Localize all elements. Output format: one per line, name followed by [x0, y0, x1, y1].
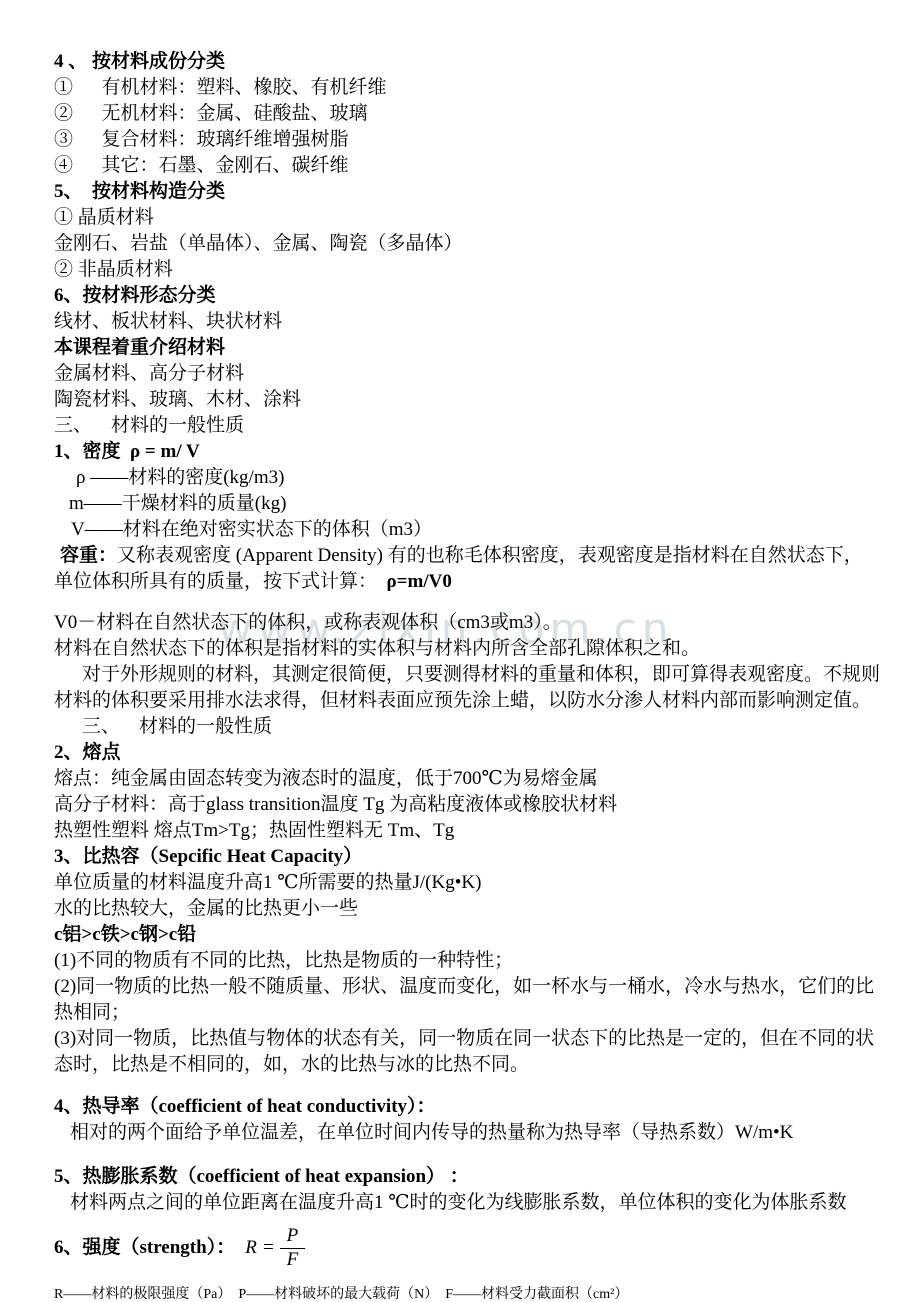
text-line: 材料在自然状态下的体积是指材料的实体积与材料内所含全部孔隙体积之和。 — [54, 636, 890, 662]
text-segment: m——干燥材料的质量(kg) — [69, 493, 286, 514]
text-line: 2、熔点 — [54, 740, 890, 766]
text-line: 水的比热较大，金属的比热更小一些 — [54, 896, 890, 922]
text-line: 材料的体积要采用排水法求得，但材料表面应预先涂上蜡，以防水分渗人材料内部而影响测… — [54, 688, 890, 714]
text-segment: ρ ——材料的密度(kg/m3) — [76, 467, 284, 488]
text-line: 态时，比热是不相同的，如，水的比热与冰的比热不同。 — [54, 1052, 890, 1078]
text-segment: 水的比热较大，金属的比热更小一些 — [54, 898, 358, 919]
text-segment: ② 非晶质材料 — [54, 259, 173, 280]
text-line: V0－材料在自然状态下的体积，或称表观体积（cm3或m3）。 — [54, 610, 890, 636]
text-segment: V0－材料在自然状态下的体积，或称表观体积（cm3或m3）。 — [54, 612, 562, 633]
text-line: 单位质量的材料温度升高1 ℃所需要的热量J/(Kg•K) — [54, 870, 890, 896]
text-line: 3、比热容（Sepcific Heat Capacity） — [54, 844, 890, 870]
text-segment: 4、热导率（coefficient of heat conductivity）： — [54, 1096, 436, 1117]
formula-line: 6、强度（strength）：R=PF — [54, 1220, 890, 1276]
text-line: 5、 按材料构造分类 — [54, 179, 890, 205]
text-segment: 线材、板状材料、块状材料 — [54, 311, 282, 332]
text-segment: 6、强度（strength）： — [54, 1235, 235, 1261]
text-segment: (1)不同的物质有不同的比热，比热是物质的一种特性； — [54, 950, 513, 971]
text-line: (1)不同的物质有不同的比热，比热是物质的一种特性； — [54, 948, 890, 974]
text-segment: ① 有机材料：塑料、橡胶、有机纤维 — [54, 77, 387, 98]
text-segment: ④ 其它：石墨、金刚石、碳纤维 — [54, 155, 349, 176]
text-line: 单位体积所具有的质量，按下式计算： ρ=m/V0 — [54, 569, 890, 595]
text-segment: 1、密度 ρ = m/ V — [54, 441, 200, 462]
text-line: ④ 其它：石墨、金刚石、碳纤维 — [54, 153, 890, 179]
text-line: 熔点：纯金属由固态转变为液态时的温度，低于700℃为易熔金属 — [54, 766, 890, 792]
text-segment: (2)同一物质的比热一般不随质量、形状、温度而变化，如一杯水与一桶水，冷水与热水… — [54, 976, 874, 997]
text-line: ② 非晶质材料 — [54, 257, 890, 283]
text-segment: 材料在自然状态下的体积是指材料的实体积与材料内所含全部孔隙体积之和。 — [54, 638, 700, 659]
text-line: ② 无机材料：金属、硅酸盐、玻璃 — [54, 101, 890, 127]
strength-formula: R=PF — [245, 1226, 305, 1271]
text-segment: 材料两点之间的单位距离在温度升高1 ℃时的变化为线膨胀系数，单位体积的变化为体胀… — [70, 1192, 847, 1213]
text-segment: 容重： — [60, 545, 117, 566]
text-segment: ρ=m/V0 — [387, 571, 452, 592]
text-segment: R——材料的极限强度（Pa） P——材料破坏的最大载荷（N） F——材料受力截面… — [54, 1287, 628, 1302]
formula-equals: = — [262, 1235, 275, 1261]
text-segment: ① 晶质材料 — [54, 207, 154, 228]
text-line: ③ 复合材料：玻璃纤维增强树脂 — [54, 127, 890, 153]
text-line: 5、热膨胀系数（coefficient of heat expansion） ： — [54, 1164, 890, 1190]
text-line: 高分子材料：高于glass transition温度 Tg 为高粘度液体或橡胶状… — [54, 792, 890, 818]
text-line: 本课程着重介绍材料 — [54, 335, 890, 361]
text-line: V——材料在绝对密实状态下的体积（m3） — [54, 517, 890, 543]
text-line: ① 有机材料：塑料、橡胶、有机纤维 — [54, 75, 890, 101]
text-line: 三、 材料的一般性质 — [54, 413, 890, 439]
text-segment: 又称表观密度 (Apparent Density) 有的也称毛体积密度，表观密度… — [117, 545, 863, 566]
text-segment: 2、熔点 — [54, 742, 121, 763]
text-line: 4 、 按材料成份分类 — [54, 49, 890, 75]
text-segment: 6、按材料形态分类 — [54, 285, 216, 306]
text-line: 热相同； — [54, 1000, 890, 1026]
text-line: 4、热导率（coefficient of heat conductivity）： — [54, 1094, 890, 1120]
text-segment: 单位体积所具有的质量，按下式计算： — [54, 571, 387, 592]
text-segment: 4 、 按材料成份分类 — [54, 51, 225, 72]
text-line: 三、 材料的一般性质 — [54, 714, 890, 740]
text-segment: 金刚石、岩盐（单晶体）、金属、陶瓷（多晶体） — [54, 233, 463, 254]
text-line: 线材、板状材料、块状材料 — [54, 309, 890, 335]
text-line: 金刚石、岩盐（单晶体）、金属、陶瓷（多晶体） — [54, 231, 890, 257]
formula-fraction: PF — [280, 1226, 306, 1271]
text-segment: 3、比热容（Sepcific Heat Capacity） — [54, 846, 362, 867]
formula-lhs: R — [245, 1235, 257, 1261]
text-line: R——材料的极限强度（Pa） P——材料破坏的最大载荷（N） F——材料受力截面… — [54, 1282, 890, 1302]
text-segment: 对于外形规则的材料，其测定很简便，只要测得材料的重量和体积，即可算得表观密度。不… — [82, 664, 880, 685]
text-segment: V——材料在绝对密实状态下的体积（m3） — [71, 519, 432, 540]
text-segment: 单位质量的材料温度升高1 ℃所需要的热量J/(Kg•K) — [54, 872, 481, 893]
text-line: 相对的两个面给予单位温差，在单位时间内传导的热量称为热导率（导热系数）W/m•K — [54, 1120, 890, 1146]
text-line: 材料两点之间的单位距离在温度升高1 ℃时的变化为线膨胀系数，单位体积的变化为体胀… — [54, 1190, 890, 1216]
formula-numerator: P — [280, 1226, 306, 1249]
text-line: 对于外形规则的材料，其测定很简便，只要测得材料的重量和体积，即可算得表观密度。不… — [54, 662, 890, 688]
text-line: 1、密度 ρ = m/ V — [54, 439, 890, 465]
text-line: (2)同一物质的比热一般不随质量、形状、温度而变化，如一杯水与一桶水，冷水与热水… — [54, 974, 890, 1000]
text-segment: ③ 复合材料：玻璃纤维增强树脂 — [54, 129, 349, 150]
formula-denominator: F — [280, 1249, 306, 1271]
text-line: 6、按材料形态分类 — [54, 283, 890, 309]
text-line: 容重：又称表观密度 (Apparent Density) 有的也称毛体积密度，表… — [54, 543, 890, 569]
text-line: c铝>c铁>c钢>c铅 — [54, 922, 890, 948]
text-segment: 金属材料、高分子材料 — [54, 363, 244, 384]
text-line: ① 晶质材料 — [54, 205, 890, 231]
text-line: 金属材料、高分子材料 — [54, 361, 890, 387]
document-content: 4 、 按材料成份分类① 有机材料：塑料、橡胶、有机纤维② 无机材料：金属、硅酸… — [54, 49, 890, 1302]
text-segment: 陶瓷材料、玻璃、木材、涂料 — [54, 389, 301, 410]
text-line: 热塑性塑料 熔点Tm>Tg；热固性塑料无 Tm、Tg — [54, 818, 890, 844]
text-segment: 相对的两个面给予单位温差，在单位时间内传导的热量称为热导率（导热系数）W/m•K — [70, 1122, 793, 1143]
text-segment: 熔点：纯金属由固态转变为液态时的温度，低于700℃为易熔金属 — [54, 768, 598, 789]
text-segment: c铝>c铁>c钢>c铅 — [54, 924, 196, 945]
text-line: 陶瓷材料、玻璃、木材、涂料 — [54, 387, 890, 413]
text-segment: 热相同； — [54, 1002, 130, 1023]
text-segment: 材料的体积要采用排水法求得，但材料表面应预先涂上蜡，以防水分渗人材料内部而影响测… — [54, 690, 871, 711]
text-segment: 5、热膨胀系数（coefficient of heat expansion） ： — [54, 1166, 469, 1187]
document-page: www.zixin.com.cn 4 、 按材料成份分类① 有机材料：塑料、橡胶… — [0, 0, 920, 1302]
text-line: m——干燥材料的质量(kg) — [54, 491, 890, 517]
text-segment: 热塑性塑料 熔点Tm>Tg；热固性塑料无 Tm、Tg — [54, 820, 454, 841]
text-segment: 高分子材料：高于glass transition温度 Tg 为高粘度液体或橡胶状… — [54, 794, 617, 815]
text-segment: ② 无机材料：金属、硅酸盐、玻璃 — [54, 103, 368, 124]
text-segment: 5、 按材料构造分类 — [54, 181, 225, 202]
text-segment: 三、 材料的一般性质 — [82, 716, 272, 737]
text-line: (3)对同一物质，比热值与物体的状态有关，同一物质在同一状态下的比热是一定的，但… — [54, 1026, 890, 1052]
text-line: ρ ——材料的密度(kg/m3) — [54, 465, 890, 491]
text-segment: 三、 材料的一般性质 — [54, 415, 244, 436]
text-segment: 态时，比热是不相同的，如，水的比热与冰的比热不同。 — [54, 1054, 529, 1075]
text-segment: 本课程着重介绍材料 — [54, 337, 225, 358]
text-segment: (3)对同一物质，比热值与物体的状态有关，同一物质在同一状态下的比热是一定的，但… — [54, 1028, 874, 1049]
